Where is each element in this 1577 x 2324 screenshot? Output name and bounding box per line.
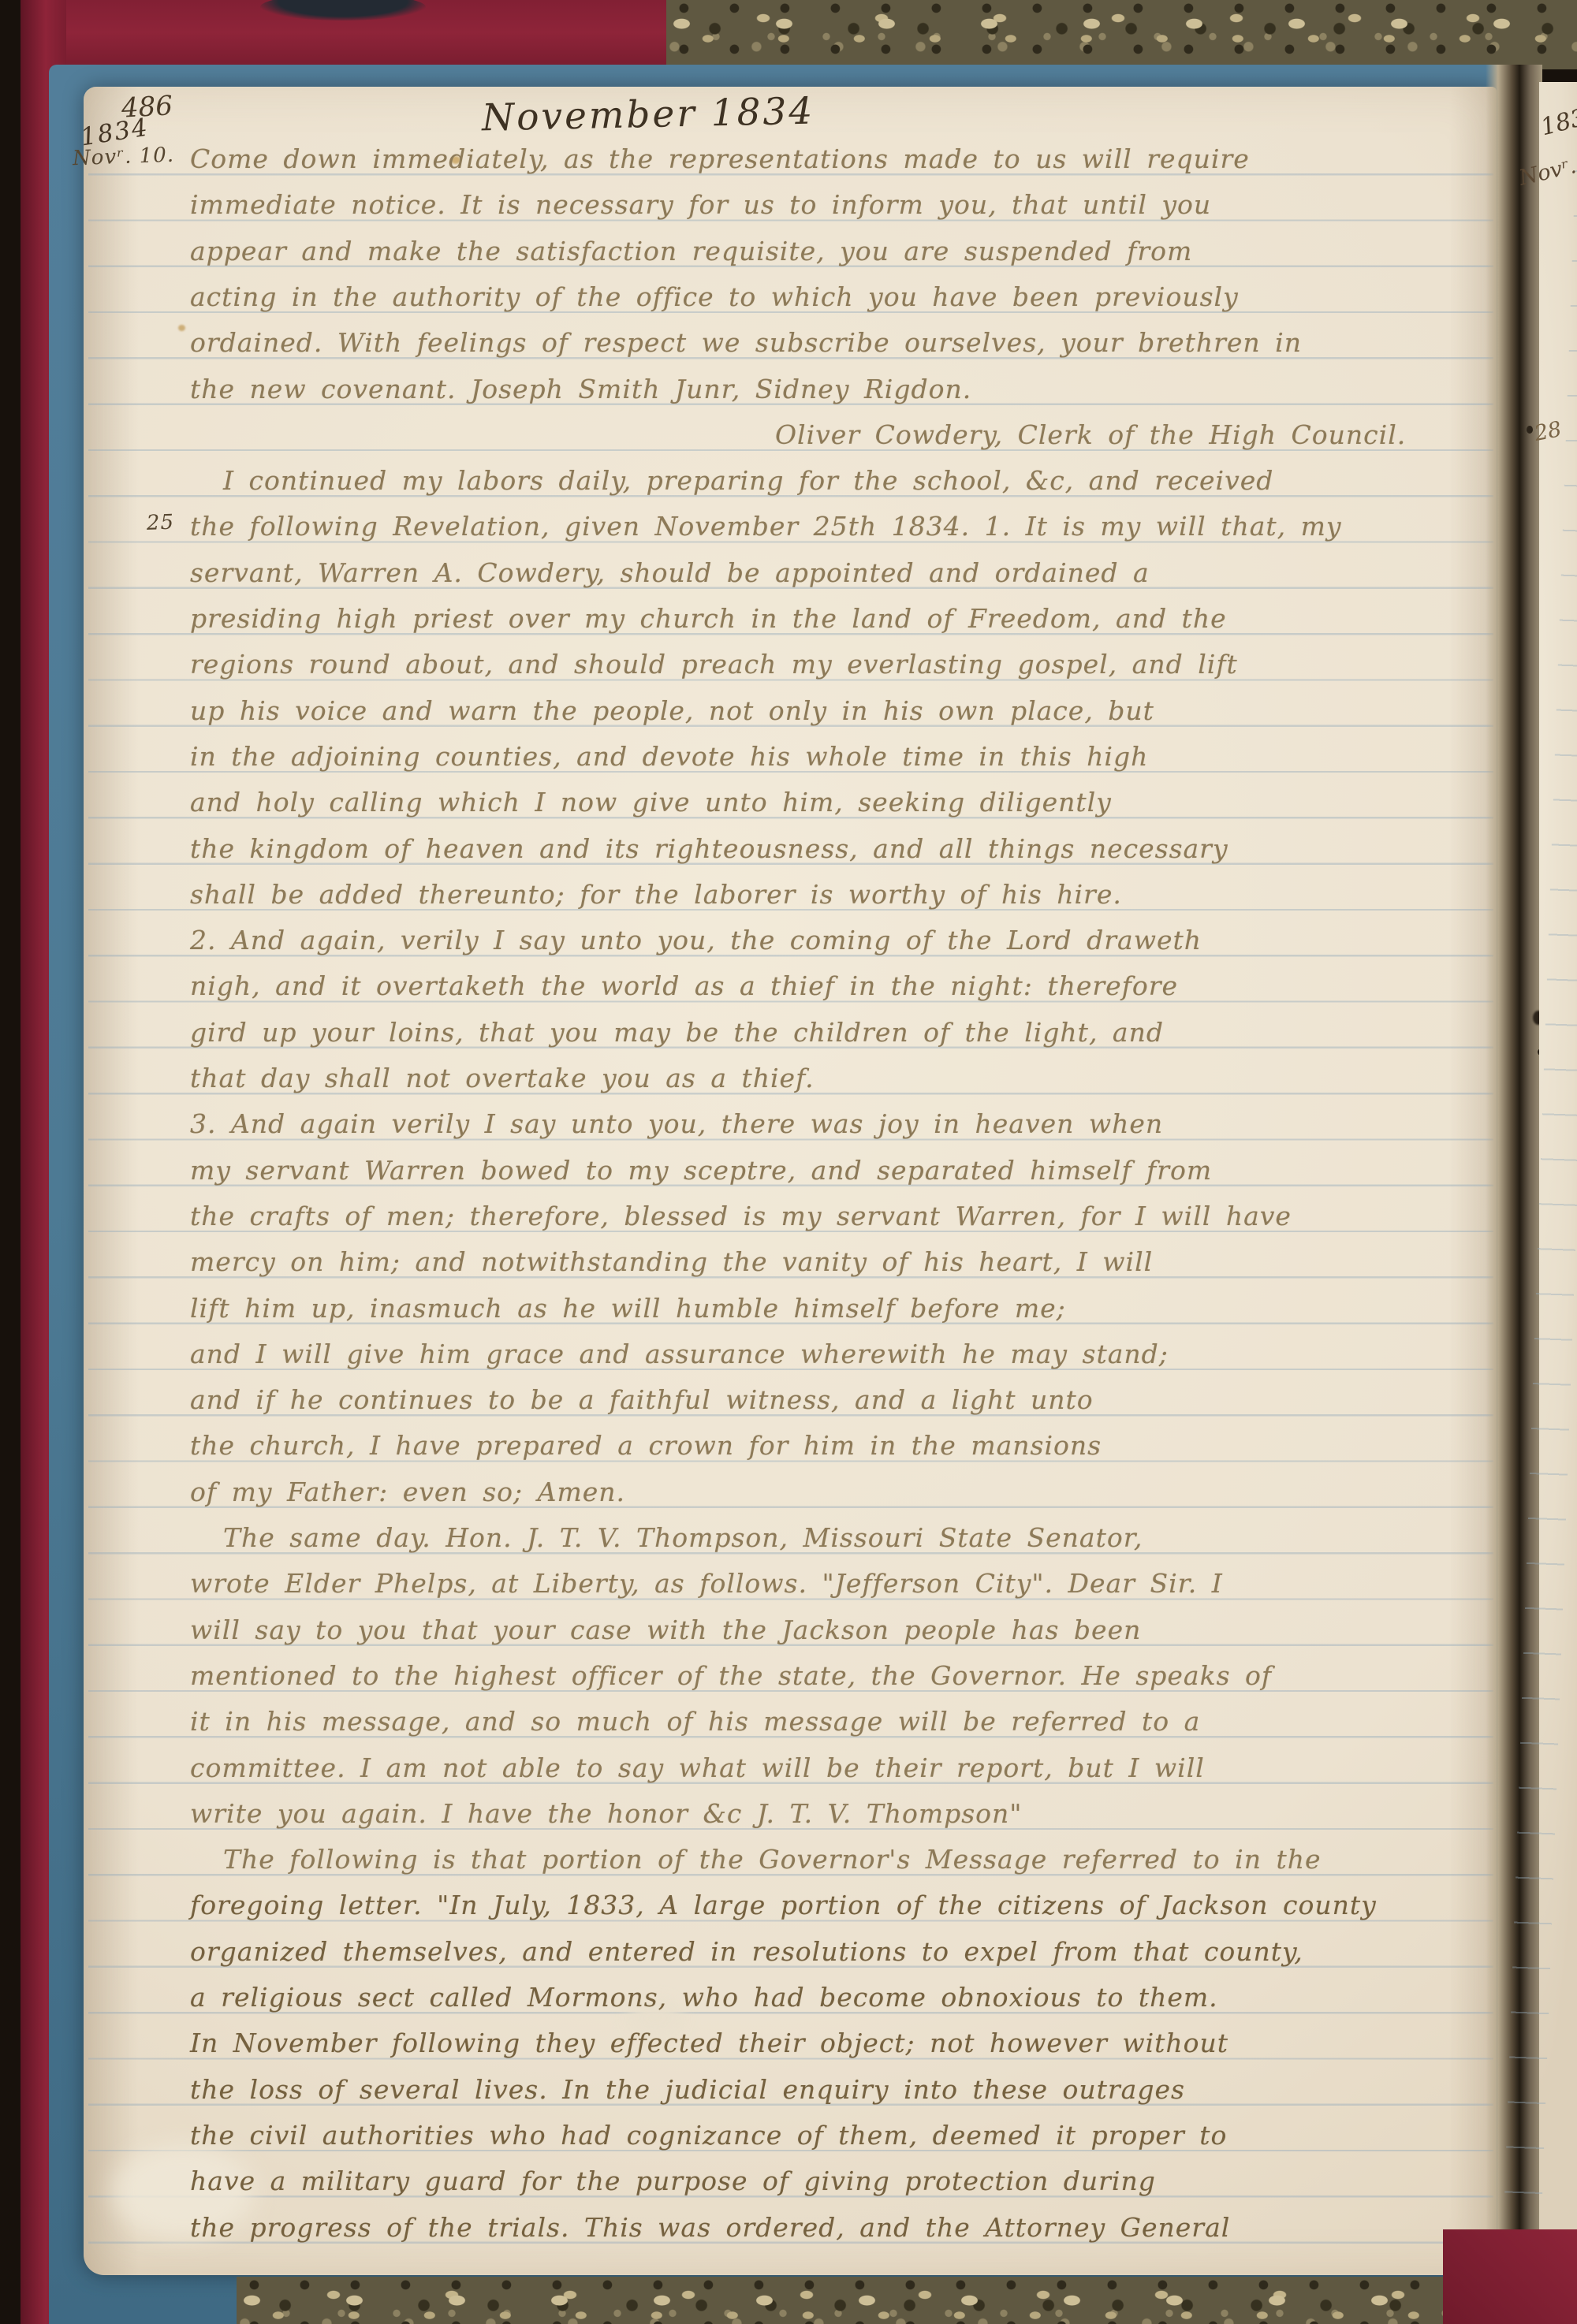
facing-page-year: 183 <box>1538 104 1577 142</box>
line-text: write you again. I have the honor &c J. … <box>190 1798 1022 1829</box>
line-text: of my Father: even so; Amen. <box>190 1477 625 1507</box>
line-text: lift him up, inasmuch as he will humble … <box>190 1293 1066 1324</box>
line-text: it in his message, and so much of his me… <box>190 1706 1200 1737</box>
facing-page-edge: 183 Novʳ. 2 28 <box>1539 82 1577 2324</box>
line-text: have a military guard for the purpose of… <box>190 2166 1156 2196</box>
line-text: and I will give him grace and assurance … <box>190 1339 1169 1369</box>
manuscript-line: and holy calling which I now give unto h… <box>190 787 1456 828</box>
line-text: in the adjoining counties, and devote hi… <box>190 741 1148 772</box>
manuscript-line: write you again. I have the honor &c J. … <box>190 1798 1456 1839</box>
line-text: and if he continues to be a faithful wit… <box>190 1384 1094 1415</box>
line-text: the progress of the trials. This was ord… <box>190 2212 1230 2243</box>
line-text: foregoing letter. "In July, 1833, A larg… <box>190 1890 1377 1920</box>
manuscript-line: Novʳ. 10. Come down immediately, as the … <box>190 143 1456 184</box>
line-text: acting in the authority of the office to… <box>190 281 1239 312</box>
manuscript-line: The following is that portion of the Gov… <box>190 1844 1456 1885</box>
manuscript-line: organized themselves, and entered in res… <box>190 1936 1456 1977</box>
manuscript-line: gird up your loins, that you may be the … <box>190 1017 1456 1058</box>
manuscript-line: 2. And again, verily I say unto you, the… <box>190 925 1456 966</box>
manuscript-page: 486 1834 November 1834 Novʳ. 10. Come do… <box>84 87 1497 2275</box>
manuscript-line: of my Father: even so; Amen. <box>190 1477 1456 1518</box>
manuscript-line: nigh, and it overtaketh the world as a t… <box>190 970 1456 1011</box>
manuscript-line: the kingdom of heaven and its righteousn… <box>190 833 1456 874</box>
manuscript-line: it in his message, and so much of his me… <box>190 1706 1456 1747</box>
line-text: Come down immediately, as the representa… <box>190 143 1250 174</box>
manuscript-line: mentioned to the highest officer of the … <box>190 1660 1456 1701</box>
line-text: I continued my labors daily, preparing f… <box>223 465 1273 496</box>
line-text: appear and make the satisfaction requisi… <box>190 236 1192 266</box>
manuscript-line: the progress of the trials. This was ord… <box>190 2212 1456 2253</box>
manuscript-line: have a military guard for the purpose of… <box>190 2166 1456 2207</box>
line-text: presiding high priest over my church in … <box>190 603 1227 634</box>
line-text: the kingdom of heaven and its righteousn… <box>190 833 1228 864</box>
line-text: gird up your loins, that you may be the … <box>190 1017 1164 1048</box>
manuscript-line: and if he continues to be a faithful wit… <box>190 1384 1456 1425</box>
manuscript-line: 25 the following Revelation, given Novem… <box>190 511 1456 552</box>
manuscript-line: I continued my labors daily, preparing f… <box>190 465 1456 506</box>
facing-page-day-note: 28 <box>1532 417 1564 446</box>
manuscript-line: immediate notice. It is necessary for us… <box>190 189 1456 230</box>
manuscript-line: The same day. Hon. J. T. V. Thompson, Mi… <box>190 1522 1456 1563</box>
manuscript-line: the crafts of men; therefore, blessed is… <box>190 1201 1456 1242</box>
manuscript-line: regions round about, and should preach m… <box>190 649 1456 690</box>
line-text: the loss of several lives. In the judici… <box>190 2074 1185 2105</box>
line-text: mentioned to the highest officer of the … <box>190 1660 1272 1691</box>
manuscript-line: the church, I have prepared a crown for … <box>190 1430 1456 1471</box>
marbled-paper-top <box>666 0 1577 69</box>
line-text: 2. And again, verily I say unto you, the… <box>190 925 1202 955</box>
line-text: committee. I am not able to say what wil… <box>190 1752 1205 1783</box>
line-text: organized themselves, and entered in res… <box>190 1936 1303 1967</box>
line-text: ordained. With feelings of respect we su… <box>190 327 1302 358</box>
line-text: mercy on him; and notwithstanding the va… <box>190 1246 1153 1277</box>
manuscript-line: committee. I am not able to say what wil… <box>190 1752 1456 1793</box>
manuscript-line: servant, Warren A. Cowdery, should be ap… <box>190 557 1456 598</box>
manuscript-line: mercy on him; and notwithstanding the va… <box>190 1246 1456 1287</box>
line-text: servant, Warren A. Cowdery, should be ap… <box>190 557 1150 588</box>
manuscript-line: 3. And again verily I say unto you, ther… <box>190 1108 1456 1149</box>
red-leather-corner <box>1443 2229 1577 2324</box>
manuscript-line: that day shall not overtake you as a thi… <box>190 1063 1456 1104</box>
line-text: the crafts of men; therefore, blessed is… <box>190 1201 1292 1231</box>
line-text: The same day. Hon. J. T. V. Thompson, Mi… <box>223 1522 1143 1553</box>
manuscript-line: foregoing letter. "In July, 1833, A larg… <box>190 1890 1456 1931</box>
manuscript-line: Oliver Cowdery, Clerk of the High Counci… <box>775 419 1456 460</box>
manuscript-line: in the adjoining counties, and devote hi… <box>190 741 1456 782</box>
manuscript-lines: Novʳ. 10. Come down immediately, as the … <box>84 87 1497 2275</box>
line-text: a religious sect called Mormons, who had… <box>190 1982 1218 2013</box>
line-text: my servant Warren bowed to my sceptre, a… <box>190 1155 1212 1186</box>
marbled-paper-bottom <box>237 2277 1482 2324</box>
manuscript-line: ordained. With feelings of respect we su… <box>190 327 1456 368</box>
manuscript-line: my servant Warren bowed to my sceptre, a… <box>190 1155 1456 1196</box>
manuscript-line: wrote Elder Phelps, at Liberty, as follo… <box>190 1568 1456 1609</box>
line-text: and holy calling which I now give unto h… <box>190 787 1112 817</box>
manuscript-line: shall be added thereunto; for the labore… <box>190 879 1456 920</box>
line-text: the following Revelation, given November… <box>190 511 1342 542</box>
scanned-manuscript-photo: 486 1834 November 1834 Novʳ. 10. Come do… <box>0 0 1577 2324</box>
line-text: that day shall not overtake you as a thi… <box>190 1063 815 1093</box>
line-text: wrote Elder Phelps, at Liberty, as follo… <box>190 1568 1223 1599</box>
line-text: nigh, and it overtaketh the world as a t… <box>190 970 1178 1001</box>
line-text: Oliver Cowdery, Clerk of the High Counci… <box>775 419 1406 450</box>
line-text: In November following they effected thei… <box>190 2028 1228 2058</box>
manuscript-line: a religious sect called Mormons, who had… <box>190 1982 1456 2023</box>
line-text: the church, I have prepared a crown for … <box>190 1430 1102 1461</box>
manuscript-line: appear and make the satisfaction requisi… <box>190 236 1456 277</box>
margin-note: Novʳ. 10. <box>70 143 175 171</box>
line-text: the civil authorities who had cognizance… <box>190 2120 1227 2151</box>
line-text: The following is that portion of the Gov… <box>223 1844 1322 1875</box>
line-text: up his voice and warn the people, not on… <box>190 695 1154 726</box>
manuscript-line: lift him up, inasmuch as he will humble … <box>190 1293 1456 1334</box>
manuscript-line: the new covenant. Joseph Smith Junr, Sid… <box>190 374 1456 415</box>
manuscript-line: up his voice and warn the people, not on… <box>190 695 1456 736</box>
manuscript-line: acting in the authority of the office to… <box>190 281 1456 322</box>
ink-speck <box>1527 426 1533 434</box>
line-text: will say to you that your case with the … <box>190 1615 1141 1645</box>
manuscript-line: presiding high priest over my church in … <box>190 603 1456 644</box>
manuscript-line: the civil authorities who had cognizance… <box>190 2120 1456 2161</box>
line-text: immediate notice. It is necessary for us… <box>190 189 1211 220</box>
margin-note: 25 <box>70 511 175 538</box>
line-text: regions round about, and should preach m… <box>190 649 1238 680</box>
manuscript-line: will say to you that your case with the … <box>190 1615 1456 1655</box>
line-text: shall be added thereunto; for the labore… <box>190 879 1122 910</box>
line-text: 3. And again verily I say unto you, ther… <box>190 1108 1163 1139</box>
line-text: the new covenant. Joseph Smith Junr, Sid… <box>190 374 971 404</box>
manuscript-line: the loss of several lives. In the judici… <box>190 2074 1456 2115</box>
manuscript-line: In November following they effected thei… <box>190 2028 1456 2069</box>
manuscript-line: and I will give him grace and assurance … <box>190 1339 1456 1380</box>
